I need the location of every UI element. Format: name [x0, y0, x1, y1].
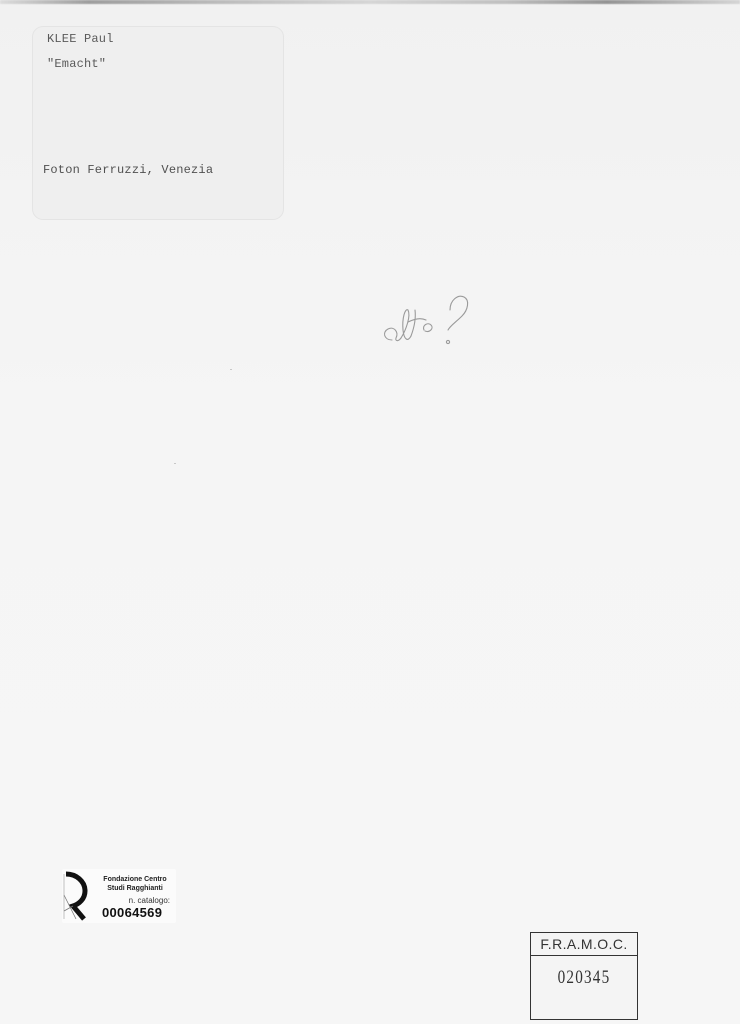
paper-speck: [230, 369, 232, 370]
organization-line-1: Fondazione Centro: [96, 875, 174, 884]
photo-credit: Foton Ferruzzi, Venezia: [43, 163, 213, 177]
catalog-label: n. catalogo:: [129, 896, 170, 905]
handwritten-note: alto?: [378, 288, 518, 358]
artwork-title: "Emacht": [47, 57, 106, 71]
organization-line-2: Studi Ragghianti: [96, 884, 174, 893]
scan-edge-shadow: [0, 0, 740, 4]
framoc-stamp: F.R.A.M.O.C. 020345: [530, 932, 638, 1020]
typed-label-card: KLEE Paul "Emacht" Foton Ferruzzi, Venez…: [33, 27, 283, 219]
framoc-stamp-number: 020345: [542, 966, 627, 990]
paper-speck: [174, 463, 176, 464]
ragghianti-r-logo-icon: [62, 871, 88, 921]
document-page: KLEE Paul "Emacht" Foton Ferruzzi, Venez…: [0, 0, 740, 1024]
ragghianti-catalog-sticker: Fondazione Centro Studi Ragghianti n. ca…: [62, 869, 176, 923]
handwritten-alto-question-icon: [378, 288, 518, 358]
organization-name: Fondazione Centro Studi Ragghianti: [96, 875, 174, 893]
framoc-stamp-header: F.R.A.M.O.C.: [531, 933, 637, 956]
catalog-number: 00064569: [102, 905, 162, 920]
artist-name: KLEE Paul: [47, 32, 114, 46]
